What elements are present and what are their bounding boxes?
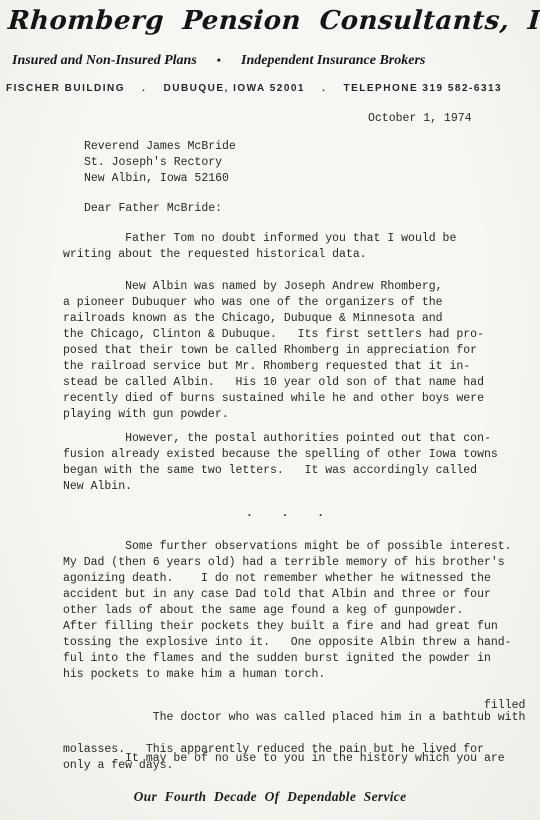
salutation: Dear Father McBride: [84,201,222,217]
paragraph-2: New Albin was named by Joseph Andrew Rho… [63,279,484,423]
paragraph-6: It may be of no use to you in the histor… [63,751,505,767]
insertion-anchor: filledwith [498,711,526,724]
company-logo: Rhomberg Pension Consultants, Inc. [7,6,540,36]
footer-slogan: Our Fourth Decade Of Dependable Service [0,789,540,805]
paragraph-5-text: The doctor who was called placed him in … [91,711,498,724]
bullet-separator-icon: • [217,53,221,68]
paragraph-4: Some further observations might be of po… [63,539,512,683]
letter-date: October 1, 1974 [368,111,472,127]
tagline: Insured and Non-Insured Plans • Independ… [12,53,425,69]
tagline-left: Insured and Non-Insured Plans [12,53,197,69]
recipient-address: Reverend James McBride St. Joseph's Rect… [84,139,236,187]
letter-page: Rhomberg Pension Consultants, Inc. Insur… [0,0,540,820]
paragraph-1: Father Tom no doubt informed you that I … [63,231,456,263]
paragraph-3: However, the postal authorities pointed … [63,431,498,495]
section-separator: . . . [63,506,509,522]
inserted-word: filled [484,698,525,714]
tagline-right: Independent Insurance Brokers [241,53,425,69]
address-line: FISCHER BUILDING . DUBUQUE, IOWA 52001 .… [6,83,502,94]
